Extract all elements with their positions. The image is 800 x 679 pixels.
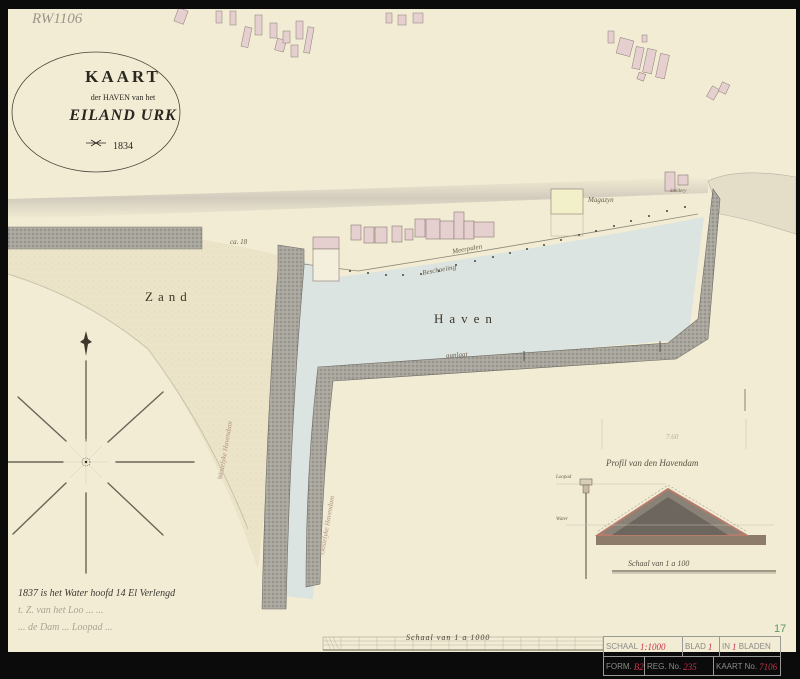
stamp-schaal-value: 1:1000: [640, 642, 666, 652]
stamp-kaart-label: KAART No.: [716, 662, 757, 671]
archive-stamp: SCHAAL1:1000 BLAD1 IN1 BLADEN FORM.B2 RE…: [603, 636, 781, 676]
map-sheet: RW1106 KAART der HAVEN van het EILAND UR…: [8, 9, 796, 652]
stamp-form-label: FORM.: [606, 662, 632, 671]
title-kaart: KAART: [43, 67, 203, 87]
title-place: EILAND URK: [43, 107, 203, 125]
note-line: t. Z. van het Loo ... ...: [18, 602, 318, 619]
stamp-in-value: 1: [732, 642, 737, 652]
title-cartouche: KAART der HAVEN van het EILAND URK 1834: [43, 67, 203, 152]
catalog-mark: RW1106: [32, 11, 82, 28]
stamp-in-label: IN: [722, 642, 730, 651]
note-line: 1837 is het Water hoofd 14 El Verlengd: [18, 585, 318, 602]
label-sand-depth: ca. 18: [230, 238, 247, 246]
stamp-schaal-label: SCHAAL: [606, 642, 638, 651]
stamp-reg-label: REG. No.: [647, 662, 681, 671]
title-year: 1834: [43, 141, 203, 152]
stamp-blad-value: 1: [708, 642, 713, 652]
main-scale-label: Schaal van 1 a 1000: [406, 633, 490, 642]
profile-water-label: Water: [556, 517, 568, 522]
label-dimension: 7.60: [666, 433, 678, 441]
handwritten-note: 1837 is het Water hoofd 14 El Verlengd t…: [18, 585, 318, 636]
stamp-reg-value: 235: [683, 662, 697, 672]
stamp-bladen-label: BLADEN: [739, 642, 771, 651]
label-aanlegplaats: aanlaat: [446, 350, 468, 359]
profile-loopad-label: Loopad: [556, 475, 571, 480]
stamp-blad-label: BLAD: [685, 642, 706, 651]
sheet-number: 17: [774, 623, 786, 635]
label-haven: Haven: [434, 311, 498, 327]
profile-title: Profil van den Havendam: [606, 458, 698, 468]
stamp-form-value: B2: [634, 662, 644, 672]
label-zand: Zand: [145, 289, 192, 305]
note-line: ... de Dam ... Loopad ...: [18, 619, 318, 636]
title-subtitle: der HAVEN van het: [43, 93, 203, 102]
stamp-kaart-value: 7106: [759, 662, 777, 672]
profile-scale-label: Schaal van 1 a 100: [628, 559, 689, 568]
label-smidery: Smidery: [670, 189, 686, 194]
label-magazijn: Magazyn: [588, 196, 614, 204]
